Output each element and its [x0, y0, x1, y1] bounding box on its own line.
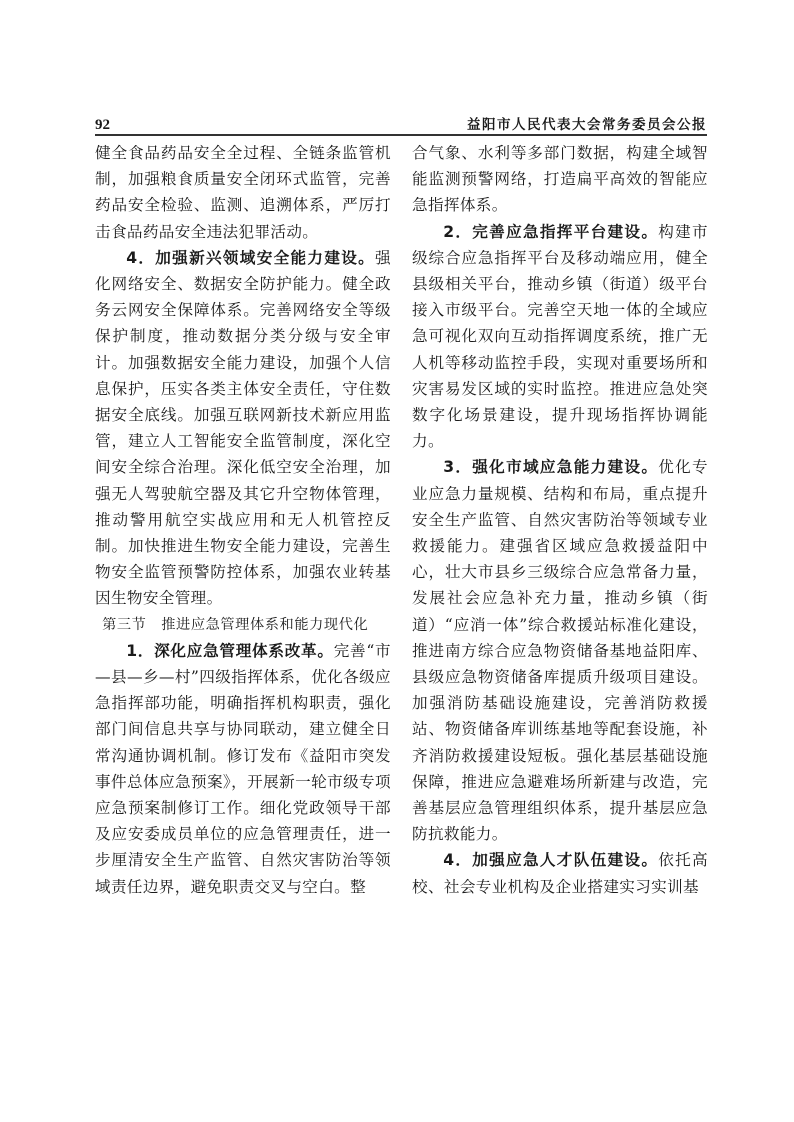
left-column: 健全食品药品安全全过程、全链条监管机制，加强粮食质量安全闭环式监管，完善药品安全… [95, 140, 391, 900]
paragraph-lead: 1．深化应急管理体系改革。 [126, 642, 334, 660]
paragraph-emerging-domain-security: 4．加强新兴领域安全能力建设。强化网络安全、数据安全防护能力。健全政务云网安全保… [95, 245, 391, 612]
paragraph-text: 强化网络安全、数据安全防护能力。健全政务云网安全保障体系。完善网络安全等级保护制… [95, 249, 391, 608]
paragraph-lead: 3．强化市域应急能力建设。 [443, 458, 658, 476]
header-rule [95, 134, 707, 136]
paragraph-text: 构建市级综合应急指挥平台及移动端应用，健全县级相关平台，推动乡镇（街道）级平台接… [412, 223, 708, 451]
paragraph-continuation: 合气象、水利等多部门数据，构建全域智能监测预警网络，打造扁平高效的智能应急指挥体… [412, 140, 708, 219]
section-heading: 第三节 推进应急管理体系和能力现代化 [95, 612, 391, 638]
right-column: 合气象、水利等多部门数据，构建全域智能监测预警网络，打造扁平高效的智能应急指挥体… [412, 140, 708, 900]
paragraph-text: 优化专业应急力量规模、结构和布局，重点提升安全生产监管、自然灾害防治等领域专业救… [412, 458, 708, 843]
paragraph-text: 完善“市—县—乡—村”四级指挥体系，优化各级应急指挥部功能，明确指挥机构职责，强… [95, 642, 391, 896]
paragraph-emergency-system-reform: 1．深化应急管理体系改革。完善“市—县—乡—村”四级指挥体系，优化各级应急指挥部… [95, 638, 391, 900]
paragraph-command-platform: 2．完善应急指挥平台建设。构建市级综合应急指挥平台及移动端应用，健全县级相关平台… [412, 219, 708, 455]
paragraph-lead: 2．完善应急指挥平台建设。 [443, 223, 658, 241]
paragraph-talent-team: 4．加强应急人才队伍建设。依托高校、社会专业机构及企业搭建实习实训基 [412, 847, 708, 899]
journal-title: 益阳市人民代表大会常务委员会公报 [467, 116, 707, 134]
page-header: 92 益阳市人民代表大会常务委员会公报 [95, 116, 707, 134]
paragraph-municipal-capability: 3．强化市域应急能力建设。优化专业应急力量规模、结构和布局，重点提升安全生产监管… [412, 454, 708, 847]
page-number: 92 [95, 116, 110, 134]
paragraph-text: 健全食品药品安全全过程、全链条监管机制，加强粮食质量安全闭环式监管，完善药品安全… [95, 144, 391, 241]
paragraph-food-drug-safety: 健全食品药品安全全过程、全链条监管机制，加强粮食质量安全闭环式监管，完善药品安全… [95, 140, 391, 245]
paragraph-lead: 4．加强应急人才队伍建设。 [443, 851, 658, 869]
paragraph-lead: 4．加强新兴领域安全能力建设。 [126, 249, 375, 267]
paragraph-text: 合气象、水利等多部门数据，构建全域智能监测预警网络，打造扁平高效的智能应急指挥体… [412, 144, 708, 214]
